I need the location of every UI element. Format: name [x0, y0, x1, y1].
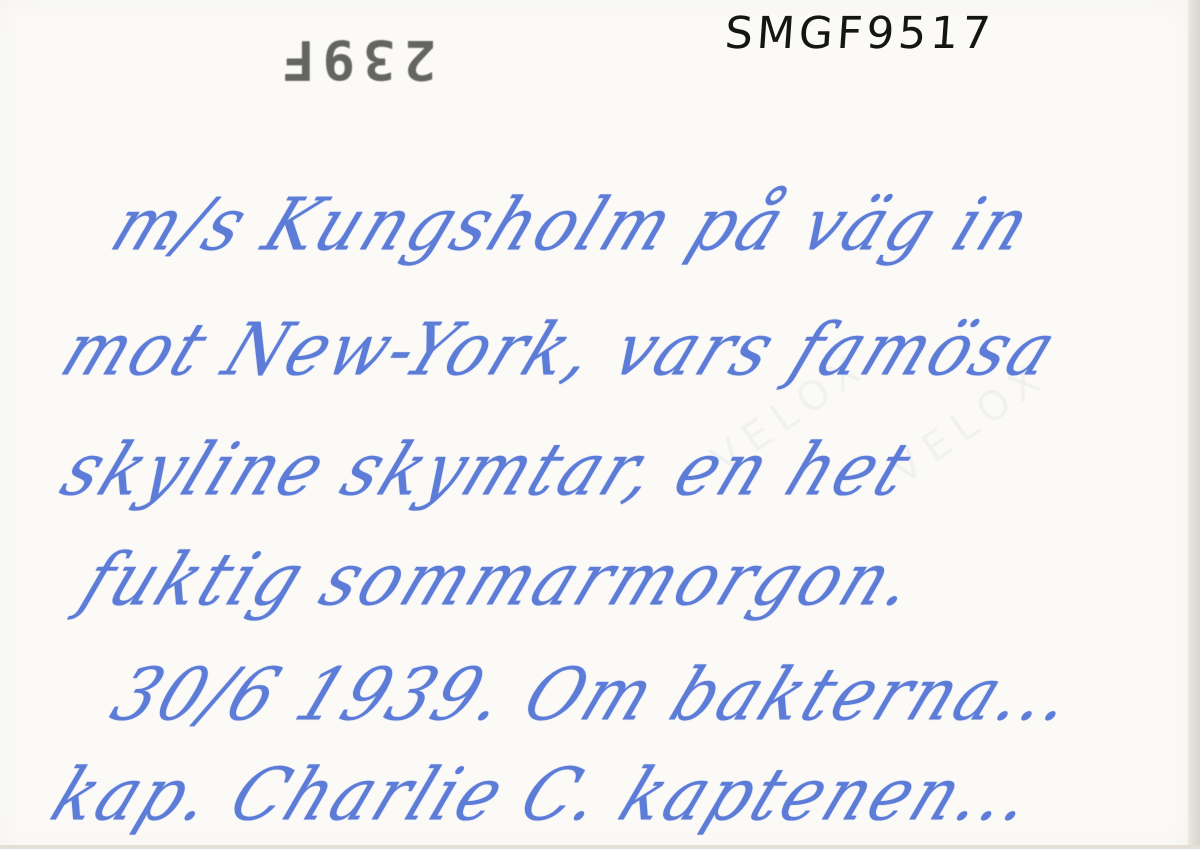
note-line-3: skyline skymtar, en het: [50, 427, 926, 512]
note-line-2: mot New-York, vars famösa: [50, 307, 1071, 392]
note-line-1: m/s Kungsholm på väg in: [100, 182, 1045, 267]
note-line-4: fuktig sommarmorgon.: [70, 537, 931, 622]
note-line-5: 30/6 1939. Om bakterna...: [100, 652, 1090, 737]
upside-down-stamp: 239F: [255, 28, 455, 91]
catalog-number: SMGF9517: [723, 8, 996, 59]
scan-edge-right: [1188, 0, 1200, 849]
photo-back-card: VELOX VELOX 239F SMGF9517 m/s Kungsholm …: [0, 0, 1188, 849]
note-line-6: kap. Charlie C. kaptenen...: [40, 752, 1049, 837]
scan-edge-bottom: [0, 845, 1200, 849]
